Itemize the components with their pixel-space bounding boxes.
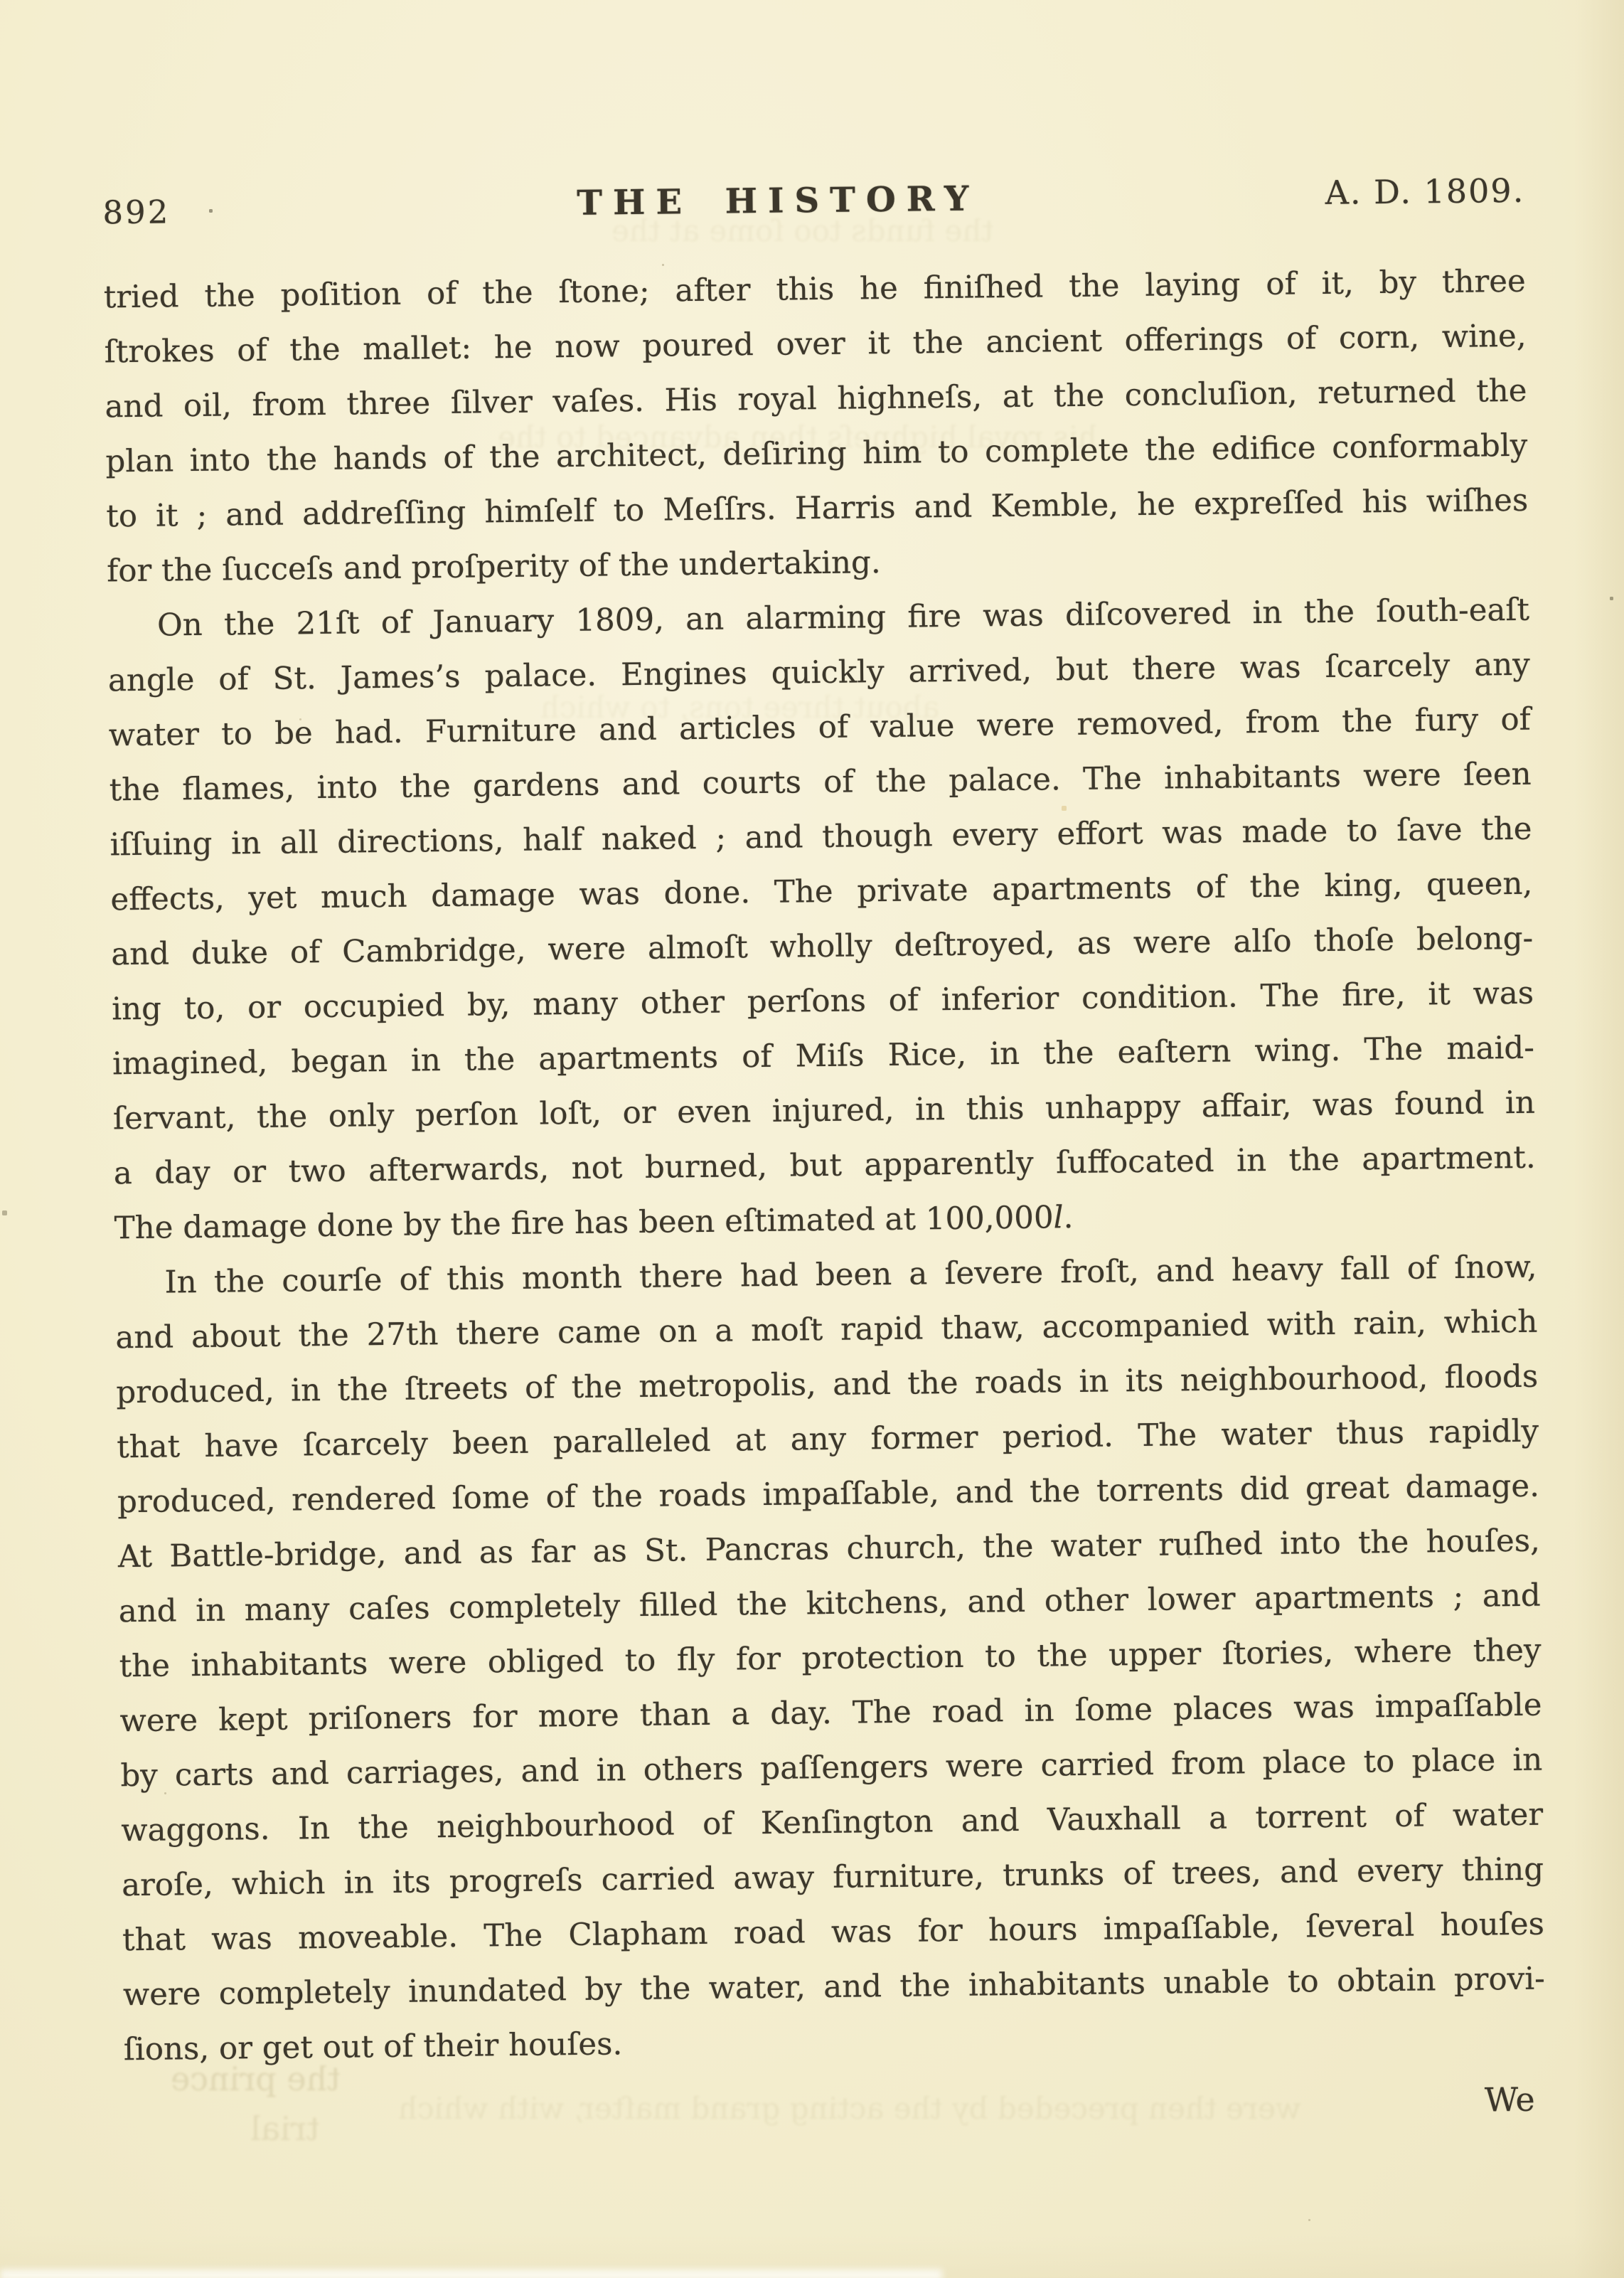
page-header: 892 THE HISTORY A. D. 1809.	[102, 171, 1525, 231]
date-heading: A. D. 1809.	[1290, 169, 1525, 215]
body-text: tried the poſition of the ſtone; after t…	[103, 255, 1546, 2078]
page-edge-highlight	[0, 2269, 942, 2278]
scanned-book-page: the princetrialwere then preceded by the…	[0, 0, 1624, 2278]
page-edge-shading-right	[1574, 0, 1624, 2278]
catchword: We	[124, 2080, 1546, 2135]
paper-specks	[0, 0, 1, 1]
running-title: THE HISTORY	[266, 174, 1291, 228]
printed-text-block: 892 THE HISTORY A. D. 1809. tried the po…	[102, 171, 1546, 2135]
page-number: 892	[102, 190, 267, 235]
